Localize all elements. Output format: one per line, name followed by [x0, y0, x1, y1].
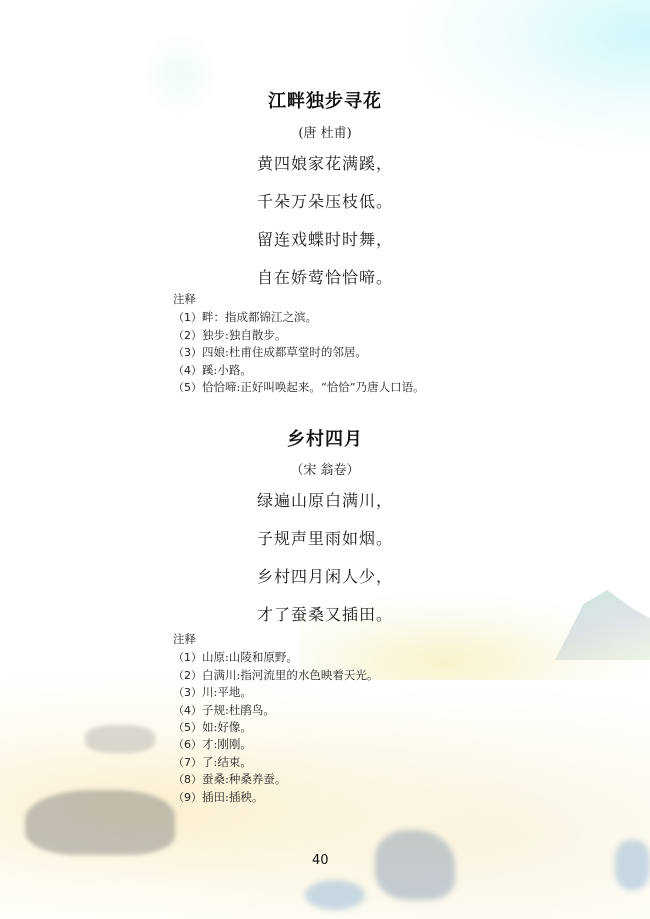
note-item: （4）蹊:小路。	[173, 362, 425, 379]
note-item: （3）四娘:杜甫住成都草堂时的邻居。	[173, 344, 425, 361]
note-text: 四娘:杜甫住成都草堂时的邻居。	[202, 345, 367, 359]
notes-heading: 注释	[173, 631, 378, 648]
note-item: （4）子规:杜鹃鸟。	[173, 702, 378, 719]
note-text: 如:好像。	[202, 720, 252, 734]
note-number: （4）	[173, 364, 202, 377]
note-text: 恰恰啼:正好叫唤起来。“恰恰”乃唐人口语。	[202, 380, 425, 394]
note-number: （2）	[173, 669, 202, 682]
note-number: （3）	[173, 686, 202, 699]
note-item: （5）恰恰啼:正好叫唤起来。“恰恰”乃唐人口语。	[173, 379, 425, 396]
note-text: 山原:山陵和原野。	[202, 650, 298, 664]
note-text: 才:刚刚。	[202, 737, 252, 751]
note-item: （8）蚕桑:种桑养蚕。	[173, 771, 378, 788]
note-item: （9）插田:插秧。	[173, 789, 378, 806]
note-text: 川:平地。	[202, 685, 252, 699]
note-text: 插田:插秧。	[202, 790, 263, 804]
poem-author: （宋 翁卷）	[0, 459, 650, 478]
poem-line: 黄四娘家花满蹊，	[0, 151, 650, 174]
poem-line: 子规声里雨如烟。	[0, 526, 650, 549]
poem-line: 绿遍山原白满川，	[0, 488, 650, 511]
note-number: （2）	[173, 329, 202, 342]
note-text: 畔：指成都锦江之滨。	[202, 310, 317, 324]
poem-line: 留连戏蝶时时舞，	[0, 227, 650, 250]
document-page: 江畔独步寻花 (唐 杜甫) 黄四娘家花满蹊， 千朵万朵压枝低。 留连戏蝶时时舞，…	[0, 0, 650, 919]
note-item: （7）了:结束。	[173, 754, 378, 771]
note-text: 了:结束。	[202, 755, 252, 769]
note-number: （5）	[173, 721, 202, 734]
note-number: （7）	[173, 756, 202, 769]
annotations-poem-1: 注释 （1）畔：指成都锦江之滨。 （2）独步:独自散步。 （3）四娘:杜甫住成都…	[173, 291, 425, 396]
annotations-poem-2: 注释 （1）山原:山陵和原野。 （2）白满川:指河流里的水色映着天光。 （3）川…	[173, 631, 378, 806]
note-number: （3）	[173, 346, 202, 359]
note-text: 独步:独自散步。	[202, 328, 286, 342]
note-text: 蹊:小路。	[202, 363, 252, 377]
note-number: （1）	[173, 311, 202, 324]
note-number: （5）	[173, 381, 202, 394]
note-item: （1）山原:山陵和原野。	[173, 649, 378, 666]
poem-title: 江畔独步寻花	[0, 87, 650, 113]
note-item: （1）畔：指成都锦江之滨。	[173, 309, 425, 326]
note-text: 蚕桑:种桑养蚕。	[202, 772, 286, 786]
note-text: 白满川:指河流里的水色映着天光。	[202, 668, 378, 682]
note-number: （1）	[173, 651, 202, 664]
note-item: （2）白满川:指河流里的水色映着天光。	[173, 667, 378, 684]
note-item: （6）才:刚刚。	[173, 736, 378, 753]
note-text: 子规:杜鹃鸟。	[202, 703, 275, 717]
note-item: （3）川:平地。	[173, 684, 378, 701]
poem-author: (唐 杜甫)	[0, 122, 650, 141]
note-number: （6）	[173, 738, 202, 751]
poem-line: 乡村四月闲人少，	[0, 564, 650, 587]
poem-line: 才了蚕桑又插田。	[0, 602, 650, 625]
note-item: （2）独步:独自散步。	[173, 327, 425, 344]
poem-title: 乡村四月	[0, 425, 650, 451]
poem-jiangpan: 江畔独步寻花 (唐 杜甫) 黄四娘家花满蹊， 千朵万朵压枝低。 留连戏蝶时时舞，…	[0, 87, 650, 288]
notes-heading: 注释	[173, 291, 425, 308]
page-number: 40	[312, 853, 329, 868]
poem-line: 自在娇莺恰恰啼。	[0, 265, 650, 288]
poem-line: 千朵万朵压枝低。	[0, 189, 650, 212]
note-number: （8）	[173, 773, 202, 786]
note-number: （9）	[173, 791, 202, 804]
note-number: （4）	[173, 704, 202, 717]
poem-xiangcun-siyue: 乡村四月 （宋 翁卷） 绿遍山原白满川， 子规声里雨如烟。 乡村四月闲人少， 才…	[0, 425, 650, 625]
note-item: （5）如:好像。	[173, 719, 378, 736]
